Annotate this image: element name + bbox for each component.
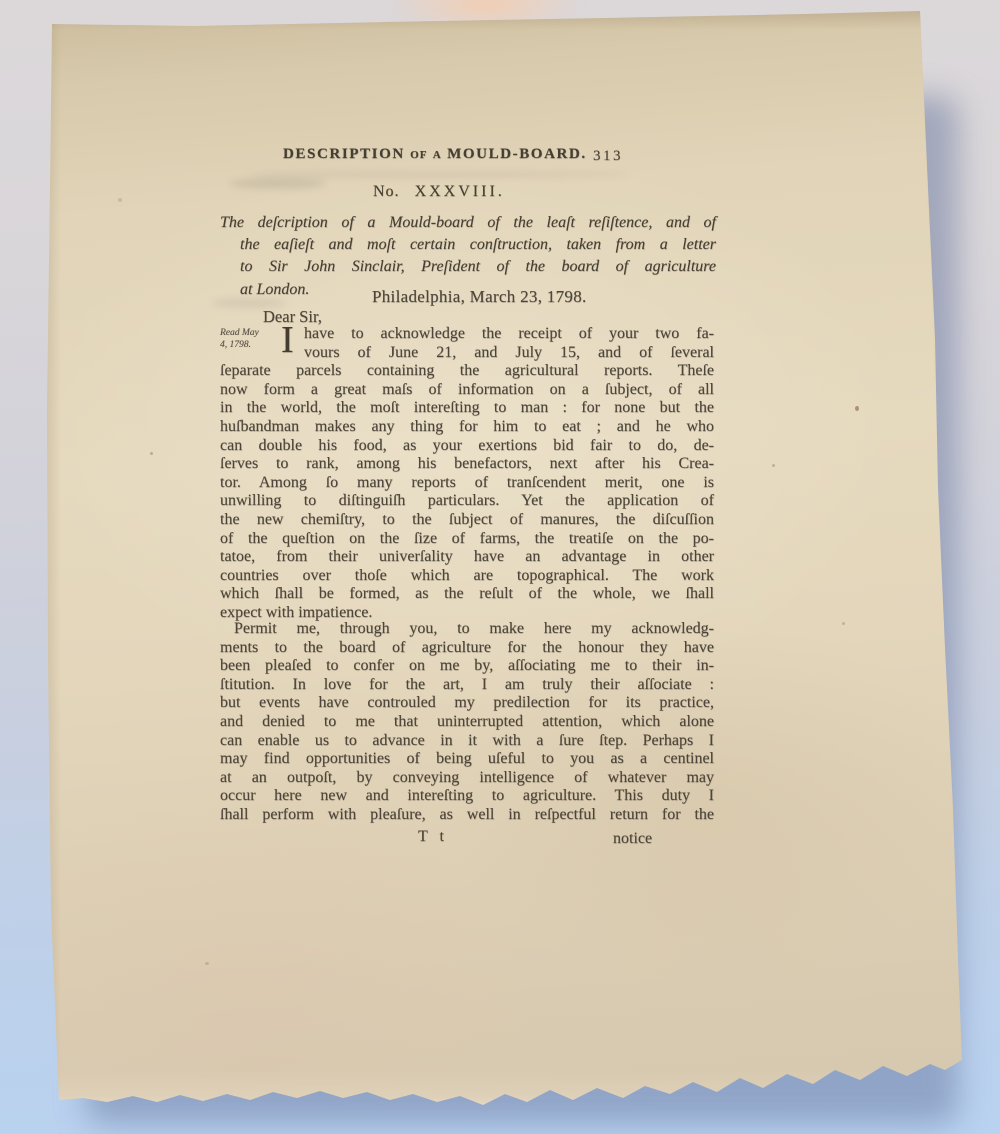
ink-smudge — [250, 171, 630, 178]
text-line: to Sir John Sinclair, Preſident of the b… — [240, 256, 716, 278]
ink-smudge — [230, 178, 326, 189]
text-line: countries over thoſe which are topograph… — [220, 567, 714, 586]
foxing-speck — [205, 962, 209, 965]
text-line: occur here new and intereſting to agricu… — [220, 787, 714, 806]
text-line: ſeparate parcels containing the agricult… — [220, 362, 714, 381]
text-line: have to acknowledge the receipt of your … — [304, 325, 714, 344]
text-line: ſtitution. In love for the art, I am tru… — [220, 676, 714, 695]
text-line: Permit me, through you, to make here my … — [220, 620, 714, 639]
foxing-speck — [772, 464, 775, 467]
letter-paragraph-2: Permit me, through you, to make here my … — [220, 620, 714, 825]
page-left-edge — [45, 8, 61, 1110]
text-line: now form a great maſs of information on … — [220, 381, 714, 400]
text-line: been pleaſed to confer on me by, aſſocia… — [220, 657, 714, 676]
text-line: which ſhall be formed, as the reſult of … — [220, 585, 714, 604]
foxing-speck — [855, 406, 859, 411]
signature-mark: T t — [418, 828, 444, 846]
text-line: but events have controuled my predilecti… — [220, 694, 714, 713]
text-line: the new chemiſtry, to the ſubject of man… — [220, 511, 714, 530]
text-line: huſbandman makes any thing for him to ea… — [220, 418, 714, 437]
section-heading: No. XXXVIII. — [373, 183, 505, 201]
text-line: at an outpoſt, by conveying intelligence… — [220, 769, 714, 788]
text-line: tor. Among ſo many reports of tranſcende… — [220, 474, 714, 493]
foxing-speck — [118, 198, 122, 202]
text-line: unwilling to diſtinguiſh particulars. Ye… — [220, 492, 714, 511]
text-line: The deſcription of a Mould-board of the … — [220, 212, 716, 234]
text-line: ſhall perform with pleaſure, as well in … — [220, 806, 714, 825]
foxing-speck — [842, 622, 845, 625]
section-no-label: No. — [373, 183, 400, 200]
text-line: of the queſtion on the ſize of farms, th… — [220, 530, 714, 549]
running-header-of: OF — [410, 149, 427, 161]
text-line: the eaſieſt and moſt certain conſtructio… — [240, 234, 716, 256]
text-line: in the world, the moſt intereſting to ma… — [220, 399, 714, 418]
section-numeral: XXXVIII. — [415, 183, 505, 200]
photo-backdrop: DESCRIPTION OF A MOULD-BOARD. 313 No. XX… — [0, 0, 1000, 1134]
text-line: can double his food, as your exertions b… — [220, 437, 714, 456]
letter-paragraph-1: have to acknowledge the receipt of your … — [220, 325, 714, 623]
text-line: ſerves to rank, among his benefactors, n… — [220, 455, 714, 474]
foxing-speck — [150, 452, 153, 455]
text-line: can enable us to advance in it with a ſu… — [220, 732, 714, 751]
running-header: DESCRIPTION OF A MOULD-BOARD. — [283, 146, 587, 163]
running-header-a: A — [433, 149, 442, 161]
text-line: tatoe, from their univerſality have an a… — [220, 548, 714, 567]
document-page: DESCRIPTION OF A MOULD-BOARD. 313 No. XX… — [45, 8, 970, 1110]
text-line: vours of June 21, and July 15, and of ſe… — [304, 344, 714, 363]
text-line: and denied to me that uninterrupted atte… — [220, 713, 714, 732]
running-header-word1: DESCRIPTION — [283, 146, 405, 162]
catchword: notice — [613, 830, 652, 848]
dateline: Philadelphia, March 23, 1798. — [372, 287, 587, 307]
text-line: may find opportunities of being uſeful t… — [220, 750, 714, 769]
text-line: ments to the board of agriculture for th… — [220, 639, 714, 658]
running-header-word2: MOULD-BOARD. — [447, 146, 587, 162]
page-number: 313 — [593, 148, 623, 165]
